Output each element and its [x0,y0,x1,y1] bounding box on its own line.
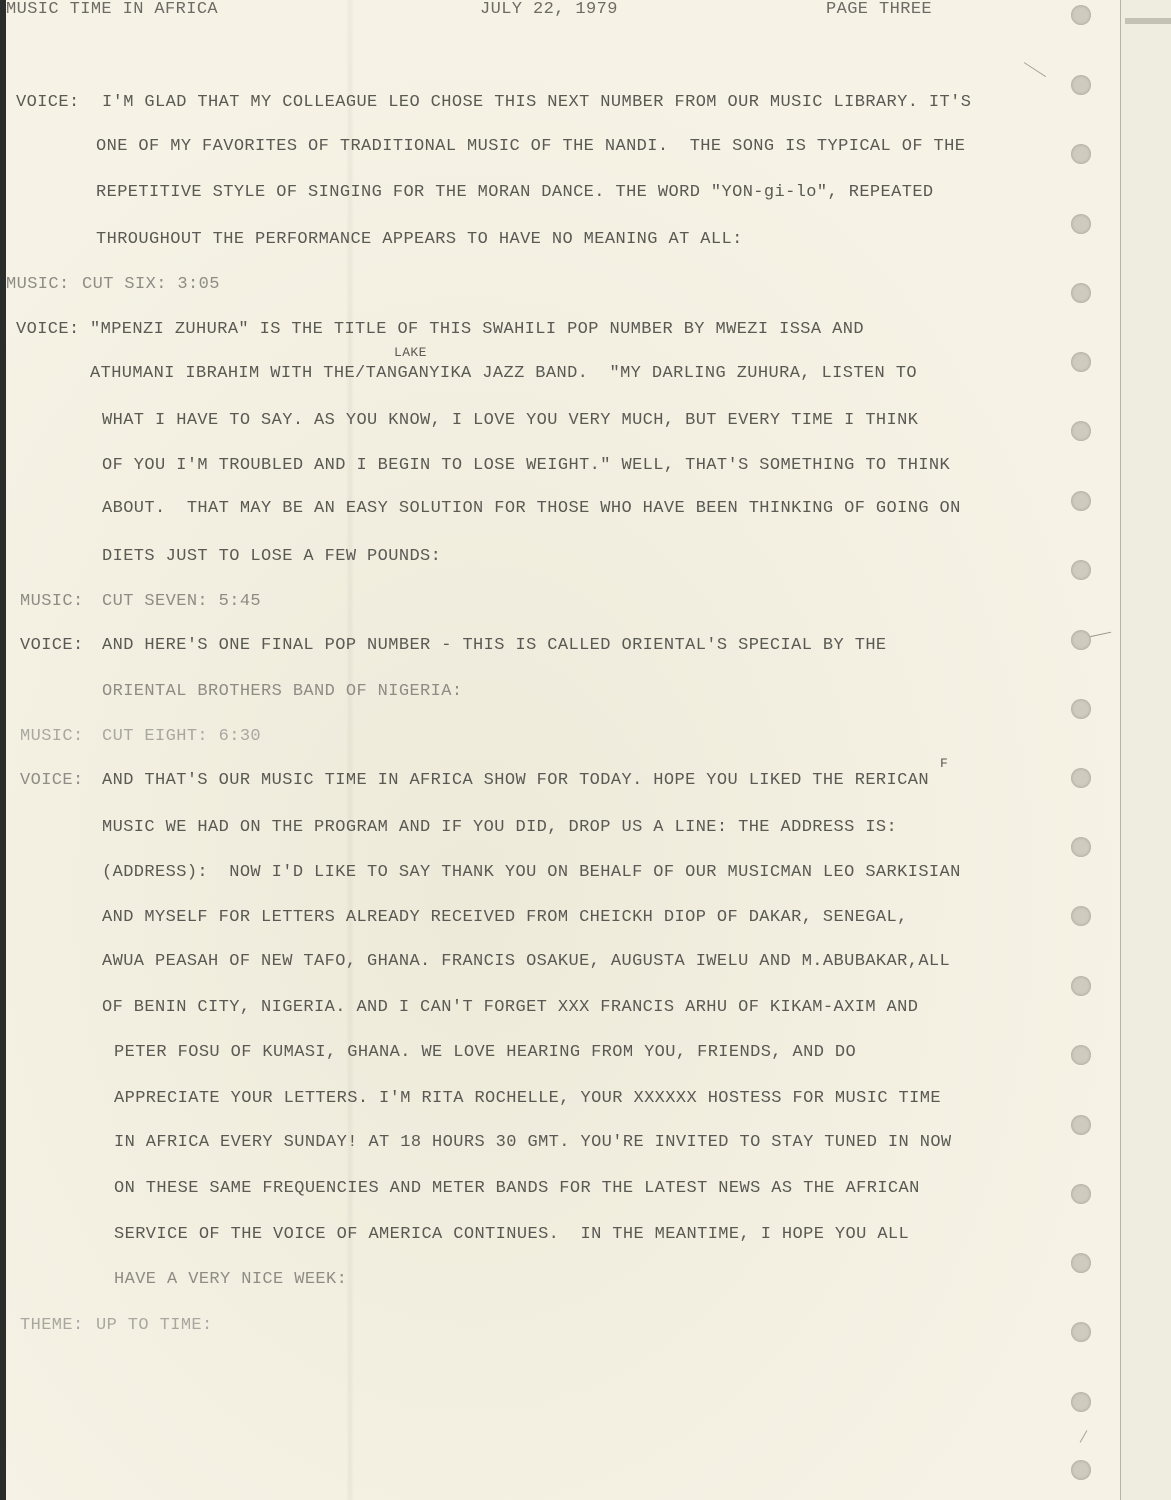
feed-hole-icon [1071,75,1091,95]
tractor-feed-strip [1120,0,1171,1500]
feed-hole-icon [1071,837,1091,857]
script-line: OF BENIN CITY, NIGERIA. AND I CAN'T FORG… [102,998,918,1018]
feed-hole-icon [1071,1460,1091,1480]
script-line: ORIENTAL BROTHERS BAND OF NIGERIA: [102,682,462,702]
script-line: ONE OF MY FAVORITES OF TRADITIONAL MUSIC… [96,137,965,157]
script-line: (ADDRESS): NOW I'D LIKE TO SAY THANK YOU… [102,863,961,883]
page-number: PAGE THREE [826,0,932,20]
script-line: ABOUT. THAT MAY BE AN EASY SOLUTION FOR … [102,499,961,519]
script-line: AND THAT'S OUR MUSIC TIME IN AFRICA SHOW… [102,771,929,791]
script-line: PETER FOSU OF KUMASI, GHANA. WE LOVE HEA… [114,1043,856,1063]
feed-hole-icon [1071,1392,1091,1412]
feed-hole-icon [1071,906,1091,926]
program-title: MUSIC TIME IN AFRICA [6,0,218,20]
script-line: ON THESE SAME FREQUENCIES AND METER BAND… [114,1179,920,1199]
feed-hole-icon [1071,630,1091,650]
speaker-label-voice: VOICE: [16,320,80,340]
feed-hole-icon [1071,1184,1091,1204]
script-line: ATHUMANI IBRAHIM WITH THE/TANGANYIKA JAZ… [90,364,917,384]
script-line: AND HERE'S ONE FINAL POP NUMBER - THIS I… [102,636,887,656]
feed-hole-icon [1071,768,1091,788]
music-cue: CUT EIGHT: 6:30 [102,727,261,747]
feed-hole-icon [1071,5,1091,25]
feed-hole-icon [1071,1253,1091,1273]
typed-script-page: MUSIC TIME IN AFRICA JULY 22, 1979 PAGE … [6,0,1171,1500]
pen-mark [1024,62,1046,77]
speaker-label-voice: VOICE: [20,636,84,656]
script-date: JULY 22, 1979 [480,0,618,20]
speaker-label-music: MUSIC: [6,275,70,295]
feed-hole-icon [1071,1322,1091,1342]
script-line: APPRECIATE YOUR LETTERS. I'M RITA ROCHEL… [114,1089,941,1109]
script-line: MUSIC WE HAD ON THE PROGRAM AND IF YOU D… [102,818,897,838]
handwritten-correction: F [940,754,948,774]
music-cue: CUT SIX: 3:05 [82,275,220,295]
speaker-label-voice: VOICE: [16,93,80,113]
script-line: THROUGHOUT THE PERFORMANCE APPEARS TO HA… [96,230,743,250]
feed-hole-icon [1071,283,1091,303]
tractor-feed-holes [1069,0,1095,1500]
script-line: AND MYSELF FOR LETTERS ALREADY RECEIVED … [102,908,908,928]
script-line: SERVICE OF THE VOICE OF AMERICA CONTINUE… [114,1225,909,1245]
theme-cue: UP TO TIME: [96,1316,213,1336]
script-line: I'M GLAD THAT MY COLLEAGUE LEO CHOSE THI… [102,93,971,113]
feed-hole-icon [1071,491,1091,511]
handwritten-insertion: LAKE [394,343,427,363]
script-line: AWUA PEASAH OF NEW TAFO, GHANA. FRANCIS … [102,952,950,972]
feed-hole-icon [1071,421,1091,441]
speaker-label-music: MUSIC: [20,727,84,747]
feed-hole-icon [1071,1045,1091,1065]
feed-hole-icon [1071,699,1091,719]
script-line: "MPENZI ZUHURA" IS THE TITLE OF THIS SWA… [90,320,864,340]
feed-hole-icon [1071,1115,1091,1135]
script-line: HAVE A VERY NICE WEEK: [114,1270,347,1290]
script-line: OF YOU I'M TROUBLED AND I BEGIN TO LOSE … [102,456,950,476]
feed-hole-icon [1071,560,1091,580]
script-line: WHAT I HAVE TO SAY. AS YOU KNOW, I LOVE … [102,411,918,431]
speaker-label-theme: THEME: [20,1316,84,1336]
script-line: IN AFRICA EVERY SUNDAY! AT 18 HOURS 30 G… [114,1133,952,1153]
feed-hole-icon [1071,144,1091,164]
speaker-label-voice: VOICE: [20,771,84,791]
script-line: DIETS JUST TO LOSE A FEW POUNDS: [102,547,441,567]
script-line: REPETITIVE STYLE OF SINGING FOR THE MORA… [96,183,934,203]
music-cue: CUT SEVEN: 5:45 [102,592,261,612]
speaker-label-music: MUSIC: [20,592,84,612]
feed-hole-icon [1071,214,1091,234]
feed-hole-icon [1071,976,1091,996]
feed-hole-icon [1071,352,1091,372]
